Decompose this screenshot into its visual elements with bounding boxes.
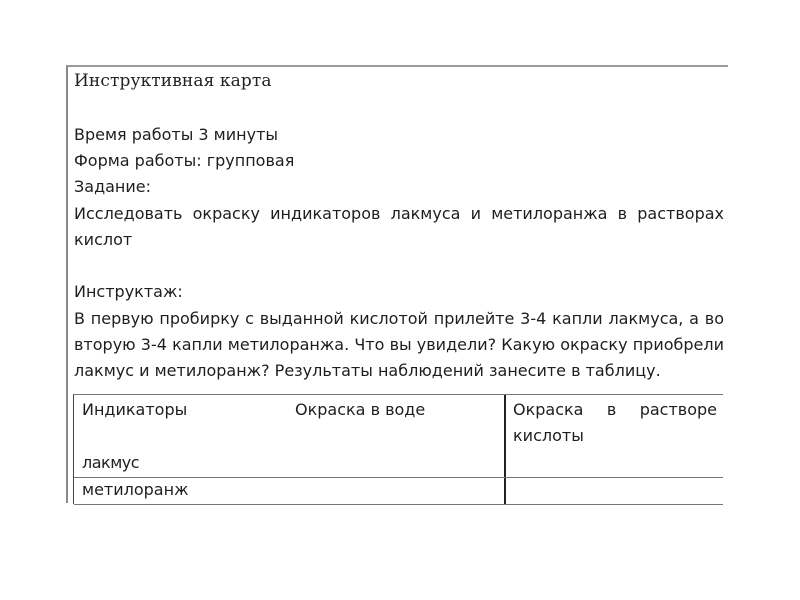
results-table: Индикаторы Окраска в воде Окраска в раст…	[73, 394, 723, 504]
briefing-text-line-2: вторую 3-4 капли метилоранжа. Что вы уви…	[74, 335, 724, 354]
row-litmus-indicator: лакмус	[82, 453, 139, 472]
instruction-card: Инструктивная карта Время работы 3 минут…	[66, 65, 728, 503]
header-indicators: Индикаторы	[82, 400, 187, 419]
task-label: Задание:	[74, 177, 151, 196]
header-acid-color-line-1: Окраска в растворе	[513, 400, 717, 419]
row-methyl-orange-indicator: метилоранж	[82, 480, 188, 499]
task-text-line-2: кислот	[74, 230, 724, 249]
header-water-color: Окраска в воде	[295, 400, 425, 419]
card-title: Инструктивная карта	[74, 71, 272, 91]
row-divider-bottom	[74, 504, 723, 505]
header-acid-color-line-2: кислоты	[513, 426, 584, 445]
work-form: Форма работы: групповая	[74, 151, 294, 170]
row-divider	[74, 477, 723, 478]
task-text-line-1: Исследовать окраску индикаторов лакмуса …	[74, 204, 724, 223]
briefing-text-line-3: лакмус и метилоранж? Результаты наблюден…	[74, 361, 724, 380]
briefing-text-line-1: В первую пробирку с выданной кислотой пр…	[74, 309, 724, 328]
column-divider	[504, 395, 506, 504]
briefing-label: Инструктаж:	[74, 282, 183, 301]
work-time: Время работы 3 минуты	[74, 125, 278, 144]
